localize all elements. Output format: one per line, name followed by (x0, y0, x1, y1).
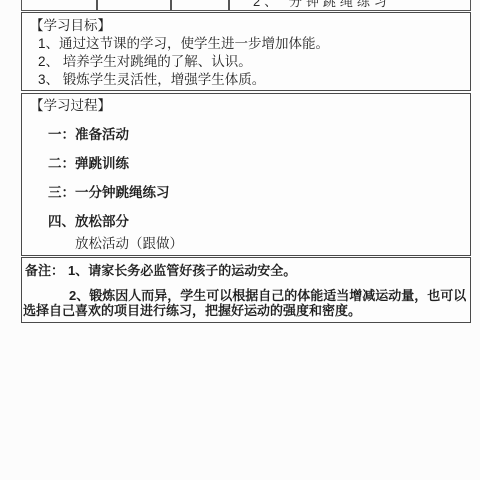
notes-section: 备注：1、请家长务必监管好孩子的运动安全。 2、锻炼因人而异，学生可以根据自己的… (21, 257, 471, 323)
process-step-4: 四、放松部分 (48, 215, 470, 229)
process-section: 【学习过程】 一：准备活动 二：弹跳训练 三：一分钟跳绳练习 四、放松部分 放松… (21, 93, 471, 256)
goals-header: 【学习目标】 (30, 19, 470, 33)
column-divider (96, 0, 98, 10)
process-header: 【学习过程】 (30, 99, 470, 113)
note-line-1: 备注：1、请家长务必监管好孩子的运动安全。 (25, 264, 470, 278)
notes-label: 备注： (25, 263, 64, 278)
goals-section: 【学习目标】 1、通过这节课的学习，使学生进一步增加体能。 2、 培养学生对跳绳… (21, 12, 471, 91)
column-divider (228, 0, 230, 10)
top-row-partial-text: 2、 分钟跳绳练习 (253, 0, 391, 9)
goal-item-1: 1、通过这节课的学习，使学生进一步增加体能。 (38, 37, 470, 51)
note-line-2: 2、锻炼因人而异，学生可以根据自己的体能适当增减运动量，也可以 (25, 289, 470, 303)
table-top-row: 2、 分钟跳绳练习 (21, 0, 471, 11)
process-step-2: 二：弹跳训练 (48, 157, 470, 171)
note-text-1: 1、请家长务必监管好孩子的运动安全。 (68, 263, 296, 278)
goal-item-3: 3、 锻炼学生灵活性，增强学生体质。 (38, 73, 470, 87)
goal-item-2: 2、 培养学生对跳绳的了解、认识。 (38, 55, 470, 69)
column-divider (170, 0, 172, 10)
note-line-3: 选择自己喜欢的项目进行练习，把握好运动的强度和密度。 (23, 304, 470, 318)
process-step-3: 三：一分钟跳绳练习 (48, 186, 470, 200)
process-step-1: 一：准备活动 (48, 128, 470, 142)
lesson-plan-page: 2、 分钟跳绳练习 【学习目标】 1、通过这节课的学习，使学生进一步增加体能。 … (0, 0, 480, 480)
process-sub-activity: 放松活动（跟做） (75, 237, 470, 251)
